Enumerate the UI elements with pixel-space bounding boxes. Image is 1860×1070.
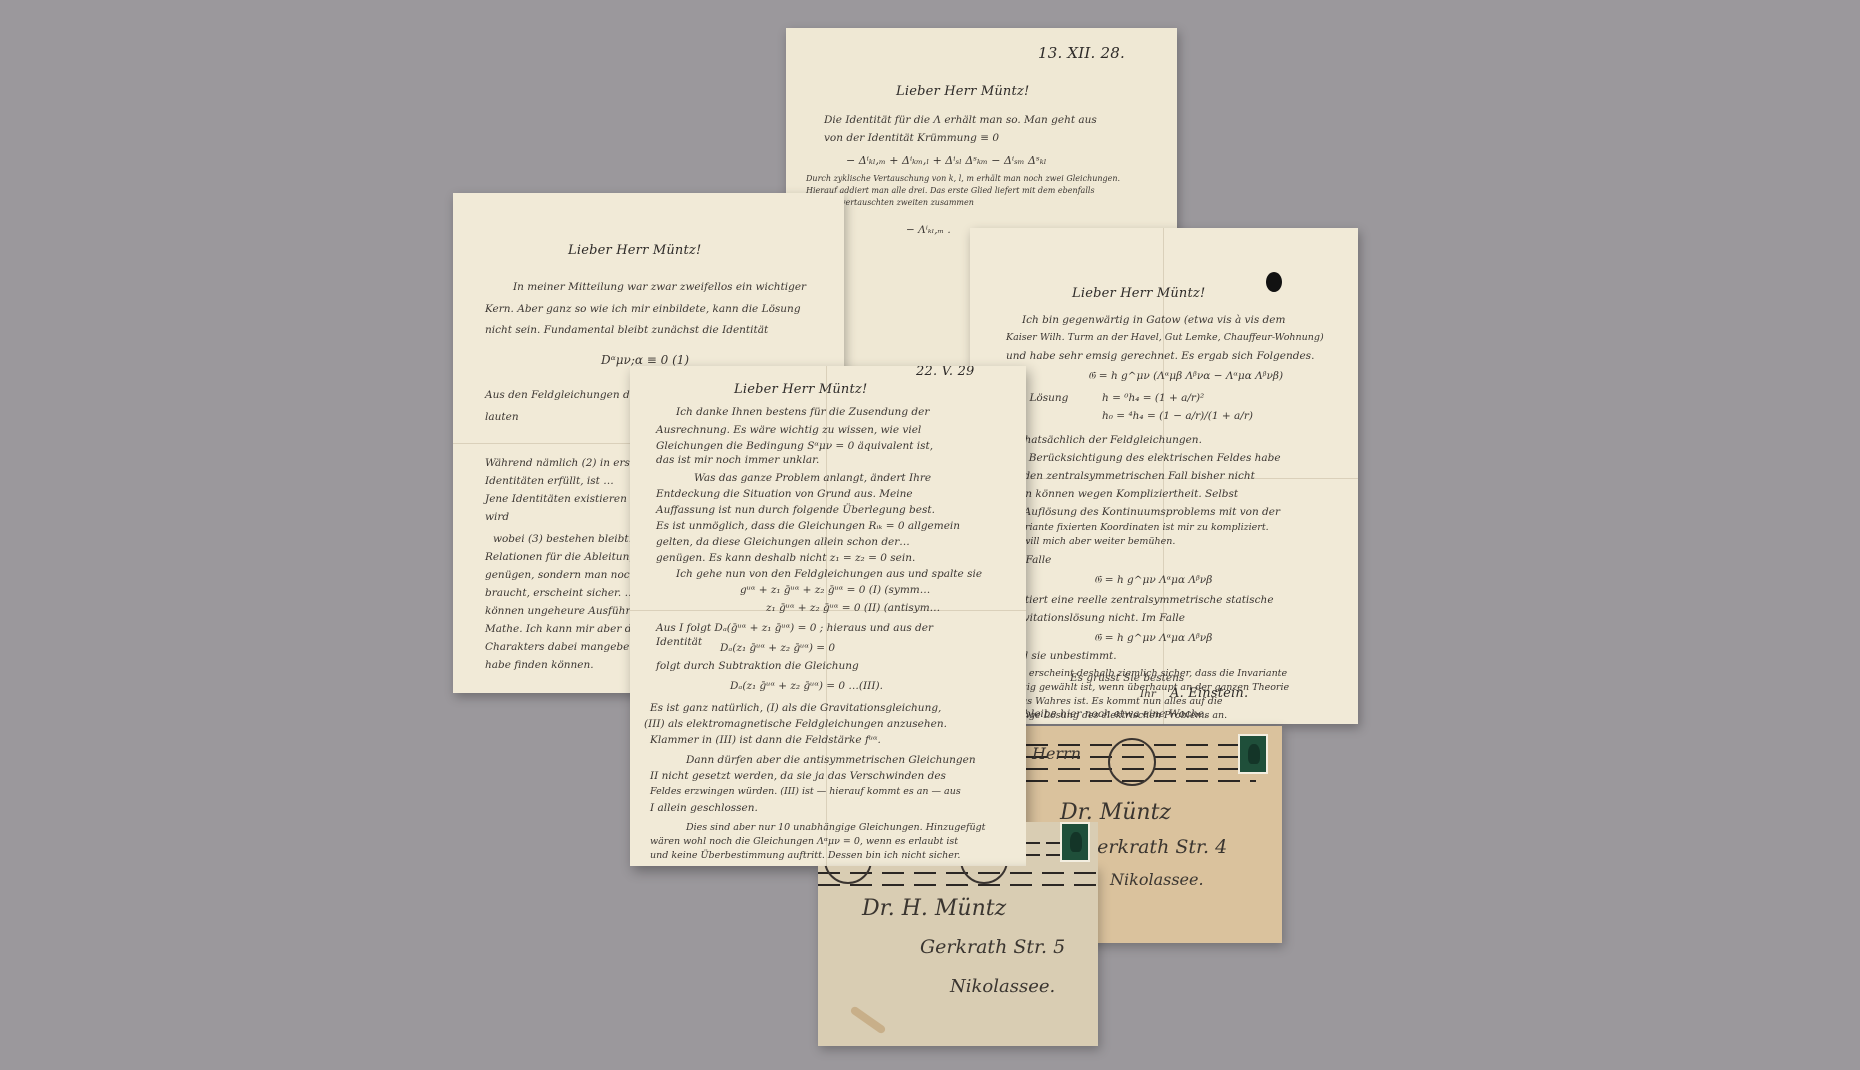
letter-line: Ausrechnung. Es wäre wichtig zu wissen, … <box>656 424 921 436</box>
envelope-street: Gerkrath Str. 5 <box>920 936 1065 958</box>
letter-line: 𝔊 = h g^μν Λᵅμα Λᵝνβ <box>1094 632 1212 645</box>
letter-line: Dₐ(z₁ ḡᵘᵅ + z₂ ḡᵘᵅ) = 0 …(III). <box>730 680 883 692</box>
letter-line: braucht, erscheint sicher. … <box>485 587 635 599</box>
letter-line: Ich will mich aber weiter bemühen. <box>1004 536 1175 547</box>
letter-line: Auffassung ist nun durch folgende Überle… <box>656 504 935 516</box>
letter-line: existiert eine reelle zentralsymmetrisch… <box>1004 594 1274 606</box>
letter-line: gᵘᵅ + z₁ ḡᵘᵅ + z₂ ḡᵘᵅ = 0 (I) (symm… <box>740 584 930 596</box>
letter-line: nicht sein. Fundamental bleibt zunächst … <box>485 324 768 336</box>
letter-line: Während nämlich (2) in erst… <box>485 457 645 469</box>
letter-line: und keine Überbestimmung auftritt. Desse… <box>650 850 960 861</box>
envelope-city: Nikolassee. <box>1110 870 1204 889</box>
letter-line: von der Identität Krümmung ≡ 0 <box>824 132 999 144</box>
letter-salutation: Lieber Herr Müntz! <box>896 84 1029 99</box>
letter-line: Die Identität für die Λ erhält man so. M… <box>824 114 1097 126</box>
letter-line: Es ist unmöglich, dass die Gleichungen R… <box>656 520 960 532</box>
letter-line: Ich gehe nun von den Feldgleichungen aus… <box>676 568 982 580</box>
letter-line: Dies sind aber nur 10 unabhängige Gleich… <box>686 822 986 833</box>
punch-hole <box>1266 272 1282 292</box>
letter-line: z₁ ḡᵘᵅ + z₂ ḡᵘᵅ = 0 (II) (antisym… <box>766 602 940 614</box>
cancel-line <box>1026 854 1060 856</box>
letter-date: 22. V. 29 <box>916 366 975 379</box>
letter-line: habe finden können. <box>485 659 594 671</box>
letter-line: Identitäten erfüllt, ist … <box>485 475 614 487</box>
letter-line: Gravitationslösung nicht. Im Falle <box>1004 612 1185 624</box>
letter-postscript: Ich bleibe hier noch etwa eine Woche. <box>1004 708 1207 720</box>
letter-line: wobei (3) bestehen bleibt. … <box>493 533 646 545</box>
letter-line: die Auflösung des Kontinuumsproblems mit… <box>1004 506 1280 518</box>
letter-line: lauten <box>485 411 519 423</box>
letter-line: Gleichungen die Bedingung Sᵅμν = 0 äquiv… <box>656 440 933 452</box>
letter-line: Entdeckung die Situation von Grund aus. … <box>656 488 913 500</box>
letter-line: Kaiser Wilh. Turm an der Havel, Gut Lemk… <box>1006 332 1324 343</box>
letter-line: folgt durch Subtraktion die Gleichung <box>656 660 859 672</box>
letter-line: genügen. Es kann deshalb nicht z₁ = z₂ =… <box>656 552 915 564</box>
letter-line: 2) Bei Berücksichtigung des elektrischen… <box>994 452 1281 464</box>
letter-closing: Ihr <box>1140 688 1156 700</box>
letter-line: 𝔊 = h g^μν (Λᵅμβ Λᵝνα − Λᵅμα Λᵝνβ) <box>1088 370 1283 383</box>
letter-date: 13. XII. 28. <box>1038 44 1125 62</box>
letter-line: − Δⁱₖₗ,ₘ + Δⁱₖₘ,ₗ + Δⁱₛₗ Δˢₖₘ − Δⁱₛₘ Δˢₖ… <box>846 154 1046 167</box>
envelope-front-top <box>1026 822 1098 868</box>
cancel-line <box>818 884 1098 886</box>
letter-line: Dₐ(z₁ ḡᵘᵅ + z₂ ḡᵘᵅ) = 0 <box>720 642 835 654</box>
letter-line: gelten, da diese Gleichungen allein scho… <box>656 536 910 548</box>
letter-line: Ich bin gegenwärtig in Gatow (etwa vis à… <box>1022 314 1285 326</box>
letter-line: Dann dürfen aber die antisymmetrischen G… <box>686 754 976 766</box>
letter-line: wird <box>485 511 509 523</box>
letter-line: Kern. Aber ganz so wie ich mir einbildet… <box>485 303 801 315</box>
letter-line: Jene Identitäten existieren … <box>485 493 641 505</box>
letter-line: Es ist ganz natürlich, (I) als die Gravi… <box>650 702 941 714</box>
letter-line: Relationen für die Ableitung … <box>485 551 650 563</box>
letter-line: ich den zentralsymmetrischen Fall bisher… <box>1004 470 1255 482</box>
letter-line: 𝔊 = h g^μν Λᵅμα Λᵝνβ <box>1094 574 1212 587</box>
envelope-addressee: Dr. H. Müntz <box>862 896 1006 921</box>
letter-line: Feldes erzwingen würden. (III) ist — hie… <box>650 786 961 797</box>
letter-line: lösen können wegen Kompliziertheit. Selb… <box>1004 488 1238 500</box>
letter-line: Klammer in (III) ist dann die Feldstärke… <box>650 734 881 746</box>
postmark <box>1108 738 1156 786</box>
letter-line: In meiner Mitteilung war zwar zweifellos… <box>513 281 806 293</box>
letter-line: Aus I folgt Dₐ(ḡᵘᵅ + z₁ ḡᵘᵅ) = 0 ; hiera… <box>656 622 933 634</box>
letter-right: Lieber Herr Müntz! Ich bin gegenwärtig i… <box>970 228 1358 724</box>
letter-line: und habe sehr emsig gerechnet. Es ergab … <box>1006 350 1314 362</box>
envelope-front: Dr. H. Müntz Gerkrath Str. 5 Nikolassee. <box>818 866 1098 1046</box>
letter-closing: Es grüsst Sie bestens <box>1070 672 1184 684</box>
letter-line: (III) als elektromagnetische Feldgleichu… <box>644 718 947 730</box>
letter-salutation: Lieber Herr Müntz! <box>734 382 867 397</box>
envelope-street: Gerkrath Str. 4 <box>1082 836 1227 858</box>
letter-line: I allein geschlossen. <box>650 802 758 814</box>
envelope-city: Nikolassee. <box>950 976 1055 997</box>
letter-salutation: Lieber Herr Müntz! <box>1072 286 1205 301</box>
signature: A. Einstein. <box>1170 686 1248 701</box>
postage-stamp <box>1238 734 1268 774</box>
postmark <box>960 866 1008 884</box>
letter-line: h₀ = ⁴h₄ = (1 − a/r)/(1 + a/r) <box>1102 410 1253 422</box>
letter-line: − Λⁱₖₗ,ₘ . <box>906 224 951 236</box>
letter-line: II nicht gesetzt werden, da sie ja das V… <box>650 770 946 782</box>
postmark <box>824 866 872 884</box>
letter-line: Durch zyklische Vertauschung von k, l, m… <box>806 174 1120 183</box>
letter-line: das ist mir noch immer unklar. <box>656 454 819 466</box>
letter-middle: 22. V. 29 Lieber Herr Müntz! Ich danke I… <box>630 366 1026 866</box>
letter-line: Ich danke Ihnen bestens für die Zusendun… <box>676 406 929 418</box>
postage-stamp <box>1060 822 1090 862</box>
letter-line: Hierauf addiert man alle drei. Das erste… <box>806 186 1095 195</box>
envelope-prefix: Herrn <box>1032 744 1081 763</box>
letter-line: Dᵅμν;α ≡ 0 (1) <box>601 353 689 367</box>
letter-line: Invariante fixierten Koordinaten ist mir… <box>1004 522 1269 533</box>
letter-line: Aus den Feldgleichungen d… <box>485 389 640 401</box>
letter-line: genügen, sondern man noch … <box>485 569 650 581</box>
letter-line: h = ⁰h₄ = (1 + a/r)² <box>1102 392 1204 404</box>
paper-stain <box>849 1005 886 1034</box>
letter-line: ist thatsächlich der Feldgleichungen. <box>1004 434 1202 446</box>
letter-line: Was das ganze Problem anlangt, ändert Ih… <box>694 472 931 484</box>
letter-line: Identität <box>656 636 702 648</box>
letter-salutation: Lieber Herr Müntz! <box>568 243 701 258</box>
cancel-line <box>1026 842 1060 844</box>
letter-line: wären wohl noch die Gleichungen Λᵅμν = 0… <box>650 836 958 847</box>
